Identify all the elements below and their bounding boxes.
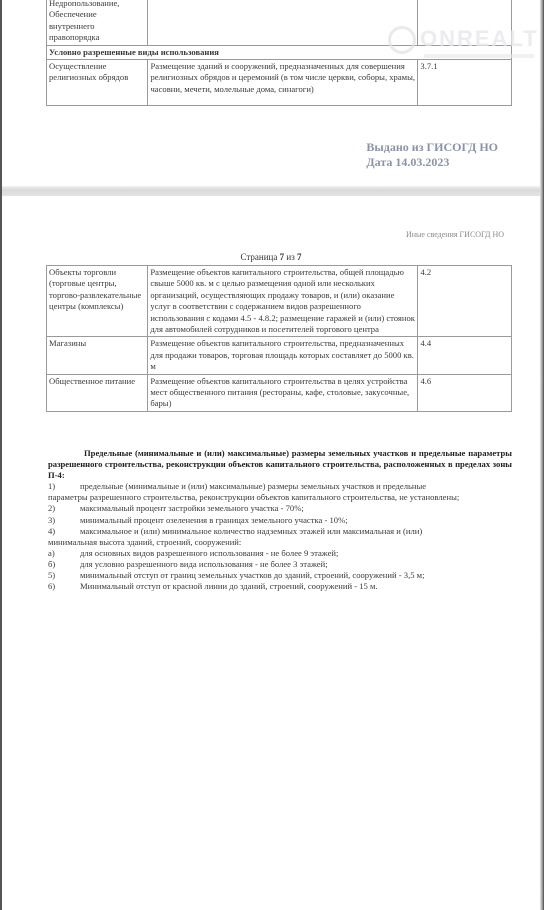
zone-parameters: Предельные (минимальные и (или) максимал…: [48, 448, 512, 592]
stamp-date: Дата 14.03.2023: [366, 155, 498, 170]
page-of: из: [286, 252, 294, 262]
item-text: максимальный процент застройки земельног…: [80, 503, 512, 514]
watermark-subline: [424, 54, 534, 58]
parameter-item: б)для условно разрешенного вида использо…: [48, 559, 512, 570]
item-number: б): [48, 559, 80, 570]
watermark: ONREALT: [388, 26, 539, 54]
item-number: 6): [48, 581, 80, 592]
use-description-cell: [148, 0, 418, 45]
item-text: Минимальный отступ от красной линии до з…: [80, 581, 512, 592]
item-number: 5): [48, 570, 80, 581]
use-description-cell: Размещение объектов капитального строите…: [148, 374, 418, 411]
item-text: для условно разрешенного вида использова…: [80, 559, 512, 570]
table-row: Магазины Размещение объектов капитальног…: [47, 337, 512, 374]
use-code-cell: 3.7.1: [418, 60, 512, 106]
use-code-cell: 4.6: [418, 374, 512, 411]
table-row: Общественное питание Размещение объектов…: [47, 374, 512, 411]
document-page-previous: Недропользование, Обеспечение внутреннег…: [2, 0, 540, 186]
item-text: минимальный отступ от границ земельных у…: [80, 570, 512, 581]
item-number: 1): [48, 481, 80, 492]
item-number: 3): [48, 515, 80, 526]
land-use-table: Объекты торговли (торговые центры, торго…: [46, 265, 512, 412]
use-code-cell: 4.2: [418, 266, 512, 337]
use-description-cell: Размещение объектов капитального строите…: [148, 266, 418, 337]
parameters-heading: Предельные (минимальные и (или) максимал…: [48, 448, 512, 481]
parameter-item: а)для основных видов разрешенного исполь…: [48, 548, 512, 559]
use-code-cell: 4.4: [418, 337, 512, 374]
use-name-line: Недропользование,: [49, 0, 145, 9]
use-name-line: Обеспечение: [49, 9, 145, 20]
item-number: 4): [48, 526, 80, 537]
item-text: максимальное и (или) минимальное количес…: [80, 526, 512, 537]
use-name-cell: Недропользование, Обеспечение внутреннег…: [47, 0, 148, 45]
parameter-item: 6)Минимальный отступ от красной линии до…: [48, 581, 512, 592]
parameter-item: 5)минимальный отступ от границ земельных…: [48, 570, 512, 581]
item-text: предельные (минимальные и (или) максимал…: [80, 481, 512, 492]
watermark-text: ONREALT: [420, 26, 539, 51]
use-name-cell: Объекты торговли (торговые центры, торго…: [47, 266, 148, 337]
item-text-continued: параметры разрешенного строительства, ре…: [48, 492, 512, 503]
use-name-cell: Общественное питание: [47, 374, 148, 411]
use-name-cell: Осуществление религиозных обрядов: [47, 60, 148, 106]
header-note: Иные сведения ГИСОГД НО: [406, 230, 504, 239]
parameter-item: 2)максимальный процент застройки земельн…: [48, 503, 512, 514]
item-text: для основных видов разрешенного использо…: [80, 548, 512, 559]
page-separator: [2, 186, 540, 196]
page-number: 7: [280, 252, 285, 262]
item-text-continued: минимальная высота зданий, строений, соо…: [48, 537, 512, 548]
page-indicator: Страница 7 из 7: [2, 252, 540, 262]
parameter-item: 1)предельные (минимальные и (или) максим…: [48, 481, 512, 503]
table-row: Объекты торговли (торговые центры, торго…: [47, 266, 512, 337]
page-label: Страница: [241, 252, 278, 262]
item-text: минимальный процент озеленения в граница…: [80, 515, 512, 526]
item-number: а): [48, 548, 80, 559]
document-page-current: Иные сведения ГИСОГД НО Страница 7 из 7 …: [2, 196, 540, 910]
table-row: Осуществление религиозных обрядов Размещ…: [47, 60, 512, 106]
parameter-item: 3)минимальный процент озеленения в грани…: [48, 515, 512, 526]
page-total: 7: [297, 252, 302, 262]
parameter-item: 4)максимальное и (или) минимальное колич…: [48, 526, 512, 548]
use-name-cell: Магазины: [47, 337, 148, 374]
use-description-cell: Размещение зданий и сооружений, предназн…: [148, 60, 418, 106]
use-name-line: правопорядка: [49, 32, 145, 43]
issue-stamp: Выдано из ГИСОГД НО Дата 14.03.2023: [366, 140, 498, 170]
house-logo-icon: [388, 26, 416, 54]
use-name-line: внутреннего: [49, 21, 145, 32]
use-description-cell: Размещение объектов капитального строите…: [148, 337, 418, 374]
scrollbar[interactable]: [540, 0, 544, 910]
stamp-issuer: Выдано из ГИСОГД НО: [366, 140, 498, 155]
item-number: 2): [48, 503, 80, 514]
